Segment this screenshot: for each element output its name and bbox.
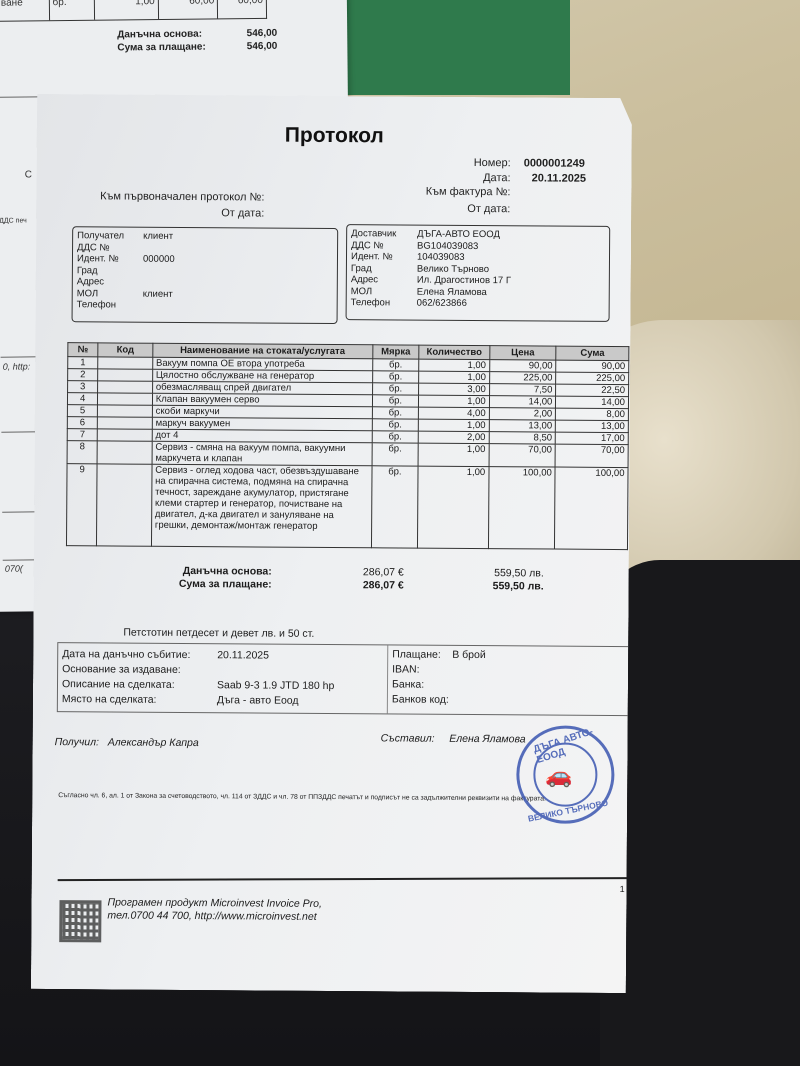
orig-protocol-row: Към първоначален протокол №:	[80, 190, 264, 203]
received-by: Получил: Александър Капра	[55, 736, 199, 749]
cell-sum: 22,50	[556, 384, 629, 397]
details-row: Място на сделката:Дъга - авто Еоод	[62, 692, 383, 709]
supplier-field-value: 062/623866	[417, 298, 605, 311]
cell-code	[97, 441, 152, 464]
back-tax-base-label: Данъчна основа:	[117, 28, 202, 42]
total-bgn: 559,50 лв.	[404, 580, 544, 594]
cell-qty: 2,00	[418, 431, 489, 443]
tax-base-bgn: 559,50 лв.	[404, 567, 544, 581]
cell-name: маркуч вакуумен	[152, 417, 372, 431]
back-total-value: 546,00	[247, 40, 278, 53]
compiled-name: Елена Яламова	[449, 733, 525, 746]
cell-no: 1	[68, 357, 98, 369]
col-header-qty: Количество	[419, 345, 490, 359]
cell-qty: 3,00	[419, 383, 490, 395]
back-tax-base-value: 546,00	[247, 27, 278, 40]
back-fragment-c: С	[25, 169, 32, 180]
supplier-field-label: Телефон	[351, 297, 417, 309]
car-icon: 🚗	[545, 762, 573, 788]
back-total-label: Сума за плащане:	[117, 41, 206, 55]
cell-no: 4	[67, 393, 97, 405]
details-label: Банка:	[392, 677, 452, 692]
supplier-field-label: Адрес	[351, 274, 417, 286]
cell-no: 9	[66, 464, 97, 546]
back-fragment-http: 0, http:	[3, 361, 31, 371]
cell-qty: 1,00	[419, 371, 490, 383]
orig-protocol-label: Към първоначален протокол №:	[80, 190, 264, 203]
cell-unit: бр.	[372, 395, 418, 407]
document-title: Протокол	[285, 124, 384, 149]
recipient-field-label: Телефон	[77, 299, 141, 311]
back-divider	[1, 356, 41, 357]
cell-code	[98, 357, 153, 369]
received-name: Александър Капра	[108, 736, 199, 749]
details-left: Дата на данъчно събитие:20.11.2025Основа…	[58, 643, 388, 713]
supplier-field-label: МОЛ	[351, 286, 417, 298]
orig-protocol-date-row: От дата:	[80, 206, 264, 219]
protocol-document: Протокол Номер: 0000001249 Дата: 20.11.2…	[31, 94, 632, 993]
back-totals: Данъчна основа:546,00 Сума за плащане:54…	[117, 27, 277, 55]
recipient-box: ПолучателклиентДДС №Идент. №000000ГрадАд…	[72, 226, 339, 324]
details-label: IBAN:	[392, 662, 452, 677]
recipient-field-label: Град	[77, 265, 141, 277]
total-label: Сума за плащане:	[144, 578, 272, 592]
cell-price: 90,00	[489, 360, 556, 372]
background-dark-fabric	[600, 560, 800, 1066]
col-header-sum: Сума	[556, 346, 629, 361]
supplier-box: ДоставчикДЪГА-АВТО ЕООДДДС №BG104039083И…	[346, 224, 611, 322]
details-value: Дъга - авто Еоод	[217, 693, 299, 709]
details-value: 20.11.2025	[217, 648, 269, 663]
col-header-price: Цена	[490, 346, 557, 360]
cell-code	[97, 464, 152, 546]
details-row: Банка:	[392, 677, 626, 694]
details-label: Място на сделката:	[62, 692, 217, 708]
date-label: Дата:	[437, 172, 511, 185]
cell-name: Вакуум помпа ОЕ втора употреба	[152, 357, 372, 371]
cell-price: 14,00	[489, 396, 556, 408]
date-row: Дата: 20.11.2025	[437, 172, 587, 185]
legal-note: Съгласно чл. 6, ал. 1 от Закона за счето…	[58, 792, 546, 802]
total-row: Сума за плащане: 286,07 € 559,50 лв.	[144, 578, 544, 594]
invoice-ref-date-label: От дата:	[406, 203, 510, 216]
cell-unit: бр.	[372, 383, 418, 395]
back-fragment-phone: 070(	[5, 564, 23, 574]
details-right: Плащане:В бройIBAN:Банка:Банков код:	[388, 645, 630, 715]
cell-qty: 1,00	[418, 443, 489, 466]
orig-protocol-date-label: От дата:	[80, 206, 264, 219]
back-row-sum: 60,00	[218, 0, 266, 18]
back-row-unit: бр.	[49, 0, 95, 20]
cell-no: 7	[67, 429, 97, 441]
items-table: № Код Наименование на стоката/услугата М…	[66, 342, 629, 550]
number-label: Номер:	[437, 157, 511, 170]
cell-code	[98, 381, 153, 393]
supplier-row: Телефон062/623866	[351, 297, 605, 310]
recipient-field-label: Адрес	[77, 276, 141, 288]
cell-sum: 8,00	[556, 408, 629, 421]
cell-sum: 70,00	[555, 444, 628, 468]
compiled-label: Съставил:	[381, 732, 435, 744]
col-header-name: Наименование на стоката/услугата	[153, 343, 373, 359]
cell-unit: бр.	[372, 431, 418, 443]
cell-sum: 13,00	[556, 420, 629, 433]
cell-qty: 1,00	[418, 466, 489, 548]
cell-code	[98, 417, 153, 429]
number-value: 0000001249	[524, 157, 585, 169]
total-eur: 286,07 €	[272, 579, 404, 593]
qr-code-icon	[59, 900, 101, 942]
details-label: Основание за издаване:	[62, 662, 217, 678]
back-table-row: ване бр. 1,00 60,00 60,00	[0, 0, 267, 22]
cell-code	[98, 369, 153, 381]
cell-sum: 225,00	[556, 372, 629, 385]
cell-name: обезмасляващ спрей двигател	[152, 381, 372, 395]
page-number: 1	[620, 884, 625, 894]
details-label: Банков код:	[392, 692, 452, 707]
table-row: 9Сервиз - оглед ходова част, обезвъздуша…	[66, 464, 628, 550]
cell-price: 8,50	[489, 432, 556, 444]
cell-qty: 1,00	[419, 395, 490, 407]
cell-name: Сервиз - оглед ходова част, обезвъздушав…	[151, 464, 372, 548]
cell-name: Клапан вакуумен серво	[152, 393, 372, 407]
cell-price: 13,00	[489, 420, 556, 432]
details-label: Описание на сделката:	[62, 677, 217, 693]
tax-base-eur: 286,07 €	[272, 566, 404, 580]
details-value: В брой	[452, 648, 486, 663]
details-value: Saab 9-3 1.9 JTD 180 hp	[217, 678, 334, 694]
cell-no: 2	[68, 369, 98, 381]
cell-unit: бр.	[372, 359, 418, 371]
back-row-qty: 1,00	[95, 0, 159, 20]
supplier-field-label: Град	[351, 263, 417, 275]
supplier-field-label: Идент. №	[351, 251, 417, 263]
transaction-details-box: Дата на данъчно събитие:20.11.2025Основа…	[57, 642, 631, 716]
cell-unit: бр.	[372, 419, 418, 431]
tax-base-label: Данъчна основа:	[144, 565, 272, 579]
details-label: Дата на данъчно събитие:	[62, 647, 217, 663]
cell-sum: 14,00	[556, 396, 629, 409]
details-row: IBAN:	[392, 662, 626, 679]
back-fragment-dds: ДДС печ	[0, 217, 27, 224]
amount-in-words: Петстотин петдесет и девет лв. и 50 ст.	[123, 627, 314, 640]
cell-name: Цялостно обслужване на генератор	[152, 369, 372, 383]
number-row: Номер: 0000001249	[437, 157, 585, 170]
cell-sum: 17,00	[556, 432, 629, 445]
cell-price: 70,00	[489, 444, 556, 467]
cell-no: 8	[67, 441, 97, 464]
date-value: 20.11.2025	[532, 172, 587, 184]
software-credit: Програмен продукт Microinvest Invoice Pr…	[107, 896, 322, 923]
invoice-ref-row: Към фактура №:	[406, 186, 510, 199]
invoice-ref-date-row: От дата:	[406, 203, 510, 216]
supplier-field-label: ДДС №	[351, 240, 417, 252]
supplier-field-label: Доставчик	[351, 228, 417, 240]
cell-unit: бр.	[372, 407, 418, 419]
received-label: Получил:	[55, 736, 99, 748]
cell-name: скоби маркучи	[152, 405, 372, 419]
cell-no: 3	[68, 381, 98, 393]
cell-price: 2,00	[489, 408, 556, 420]
cell-no: 6	[67, 417, 97, 429]
company-stamp: ДЪГА АВТО-ЕООД 🚗 ВЕЛИКО ТЪРНОВО	[516, 725, 615, 824]
cell-qty: 4,00	[418, 407, 489, 419]
col-header-code: Код	[98, 343, 153, 357]
recipient-field-label: Идент. №	[77, 253, 141, 265]
cell-sum: 100,00	[555, 467, 628, 550]
cell-qty: 1,00	[418, 419, 489, 431]
cell-code	[97, 429, 152, 441]
invoice-ref-label: Към фактура №:	[406, 186, 510, 199]
details-row: Банков код:	[392, 692, 626, 709]
recipient-field-value	[141, 300, 333, 313]
recipient-field-label: Получател	[77, 230, 141, 242]
details-label: Плащане:	[392, 647, 452, 662]
software-credit-line2: тел.0700 44 700, http://www.microinvest.…	[107, 909, 322, 923]
cell-price: 225,00	[489, 372, 556, 384]
cell-code	[98, 405, 153, 417]
cell-unit: бр.	[371, 466, 418, 548]
compiled-by: Съставил: Елена Яламова	[381, 732, 526, 745]
back-divider	[0, 96, 38, 97]
cell-price: 7,50	[489, 384, 556, 396]
totals-block: Данъчна основа: 286,07 € 559,50 лв. Сума…	[144, 565, 544, 594]
cell-code	[98, 393, 153, 405]
cell-no: 5	[67, 405, 97, 417]
cell-qty: 1,00	[419, 359, 490, 371]
back-row-price: 60,00	[159, 0, 219, 19]
back-row-name: ване	[0, 0, 50, 21]
background-green-object	[330, 0, 570, 95]
cell-unit: бр.	[372, 371, 418, 383]
col-header-unit: Мярка	[372, 345, 419, 359]
cell-name: Сервиз - смяна на вакуум помпа, вакуумни…	[152, 441, 372, 466]
details-row: Плащане:В брой	[392, 647, 626, 664]
col-header-no: №	[68, 343, 98, 357]
recipient-field-label: МОЛ	[77, 288, 141, 300]
recipient-row: Телефон	[77, 299, 333, 312]
recipient-field-label: ДДС №	[77, 242, 141, 254]
cell-unit: бр.	[372, 443, 419, 466]
footer-divider	[58, 877, 628, 880]
cell-price: 100,00	[488, 467, 555, 549]
cell-sum: 90,00	[556, 360, 629, 373]
